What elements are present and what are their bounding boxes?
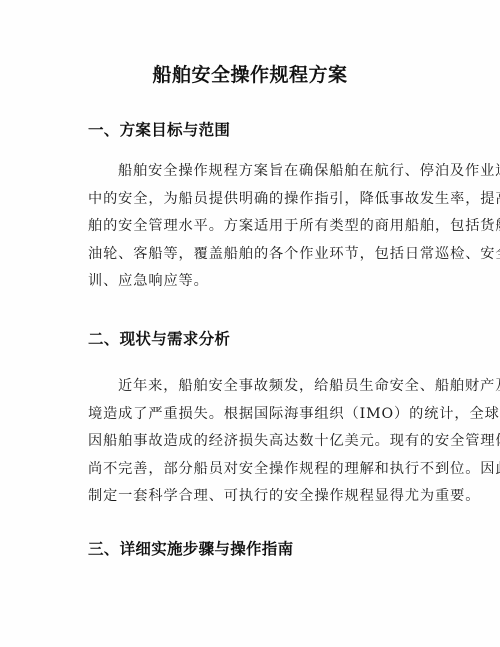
paragraph-line: 制定一套科学合理、可执行的安全操作规程显得尤为重要。 (88, 483, 440, 511)
paragraph-line: 因船舶事故造成的经济损失高达数十亿美元。现有的安全管理体系 (88, 428, 440, 456)
section-heading-2: 二、现状与需求分析 (88, 327, 230, 349)
paragraph-line: 尚不完善，部分船员对安全操作规程的理解和执行不到位。因此， (88, 456, 440, 484)
section-paragraph-1: 船舶安全操作规程方案旨在确保船舶在航行、停泊及作业过程 中的安全，为船员提供明确… (88, 158, 440, 296)
paragraph-line: 船舶安全操作规程方案旨在确保船舶在航行、停泊及作业过程 (88, 158, 440, 186)
paragraph-line: 训、应急响应等。 (88, 268, 440, 296)
paragraph-line: 油轮、客船等，覆盖船舶的各个作业环节，包括日常巡检、安全培 (88, 241, 440, 269)
section-paragraph-2: 近年来，船舶安全事故频发，给船员生命安全、船舶财产及环 境造成了严重损失。根据国… (88, 373, 440, 511)
section-heading-3: 三、详细实施步骤与操作指南 (88, 537, 293, 559)
paragraph-line: 境造成了严重损失。根据国际海事组织（IMO）的统计，全球每年 (88, 401, 440, 429)
document-page: 船舶安全操作规程方案 一、方案目标与范围 船舶安全操作规程方案旨在确保船舶在航行… (0, 0, 500, 647)
document-title: 船舶安全操作规程方案 (0, 60, 500, 87)
paragraph-line: 中的安全，为船员提供明确的操作指引，降低事故发生率，提高船 (88, 186, 440, 214)
paragraph-line: 近年来，船舶安全事故频发，给船员生命安全、船舶财产及环 (88, 373, 440, 401)
paragraph-line: 舶的安全管理水平。方案适用于所有类型的商用船舶，包括货船、 (88, 213, 440, 241)
section-heading-1: 一、方案目标与范围 (88, 118, 230, 140)
